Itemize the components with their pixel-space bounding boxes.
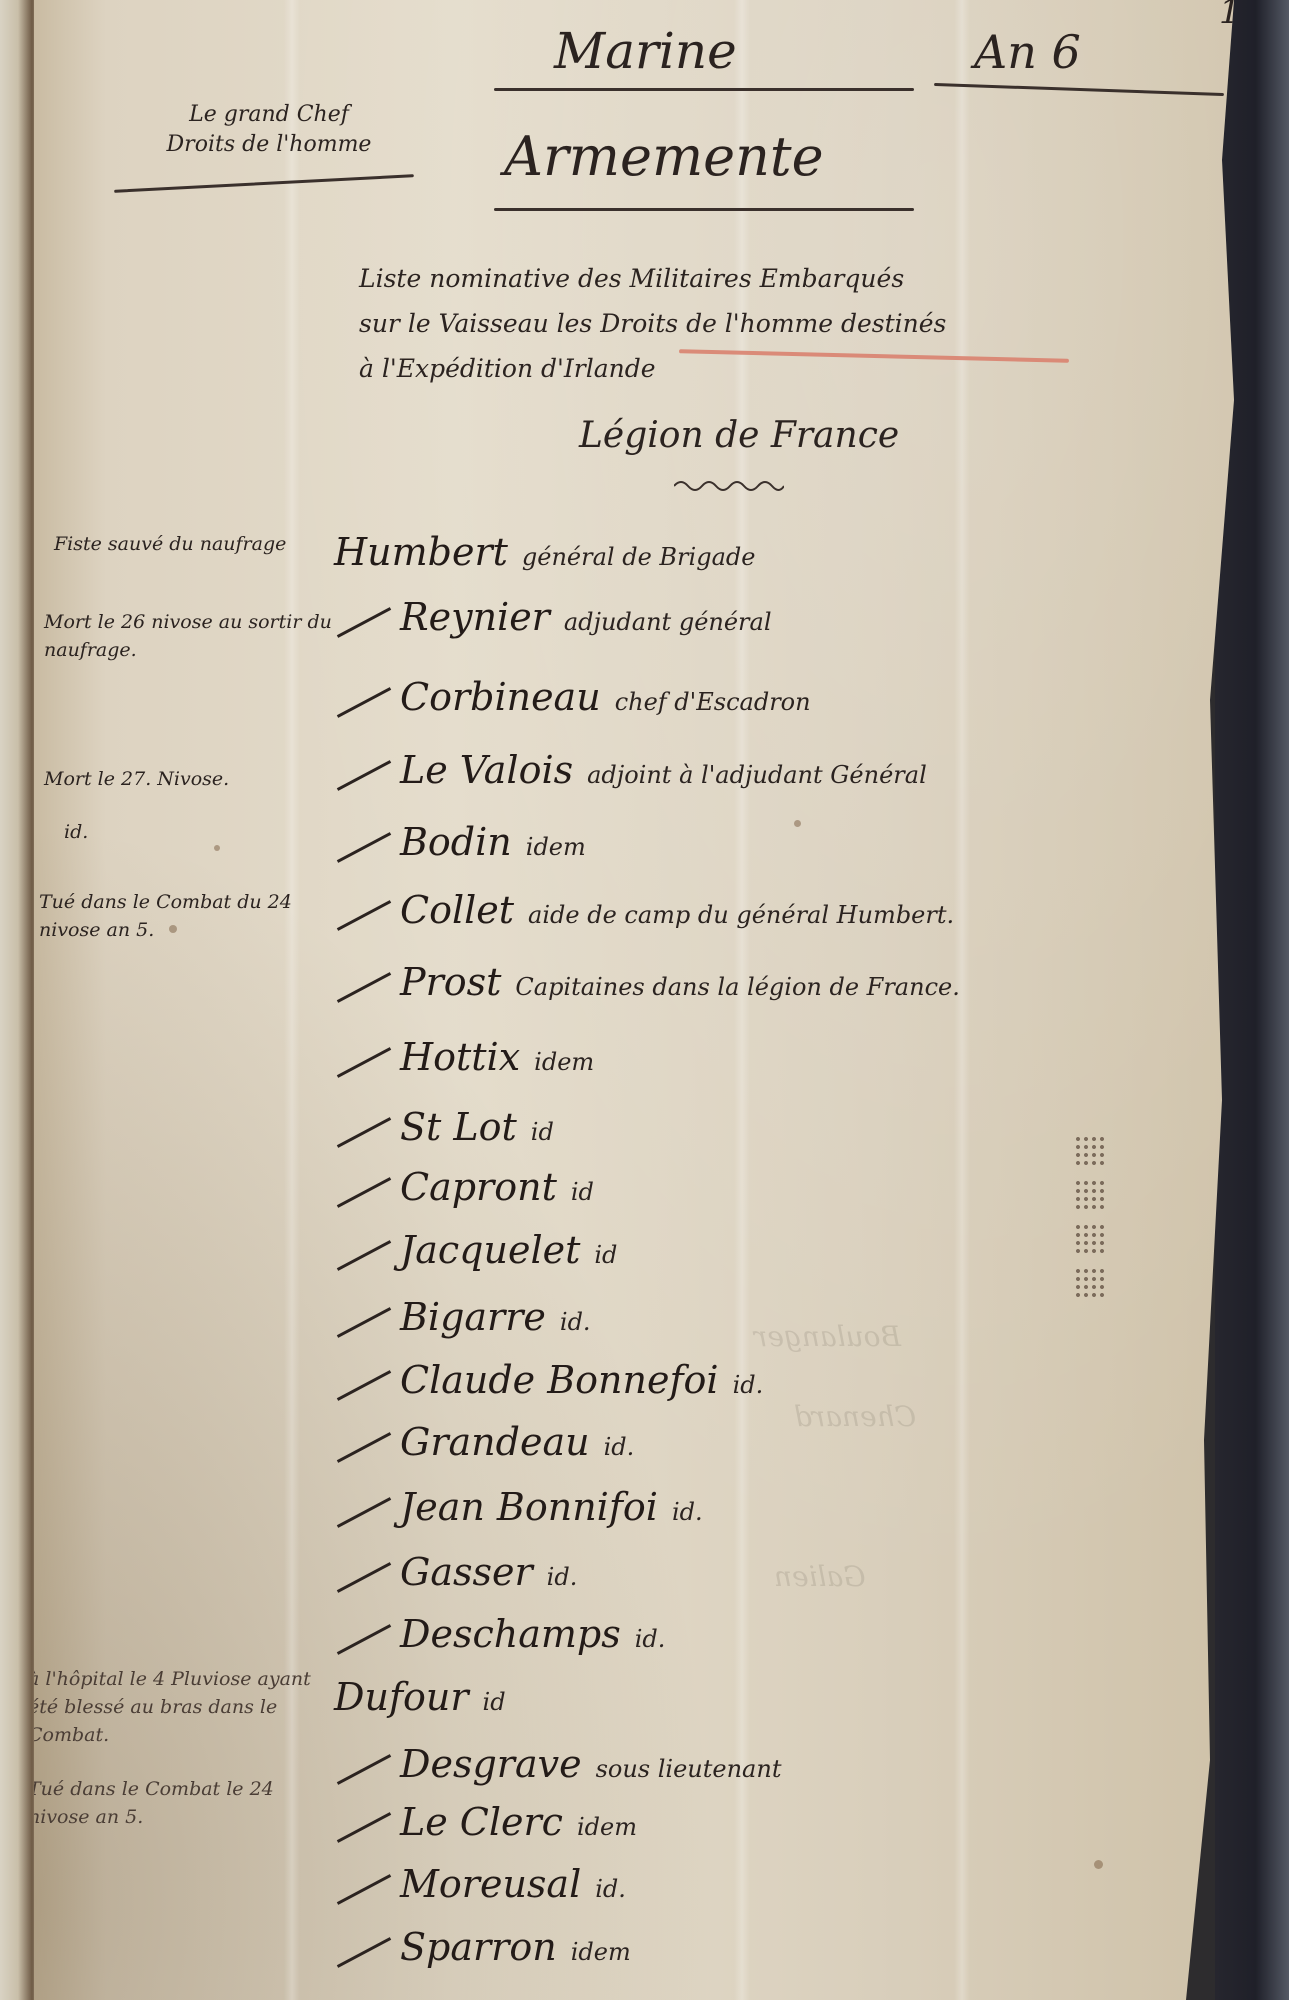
tick-mark: [337, 1497, 391, 1528]
roster-entry: Gasserid.: [334, 1550, 577, 1594]
soldier-name: Moreusal: [400, 1862, 581, 1906]
soldier-rank: id: [571, 1178, 594, 1206]
tick-mark: [337, 900, 391, 931]
soldier-name: Humbert: [334, 530, 508, 574]
soldier-name: Jacquelet: [400, 1228, 580, 1272]
document-title: Liste nominative des Militaires Embarqué…: [359, 256, 1259, 391]
margin-note: id.: [64, 818, 164, 846]
soldier-name: Bodin: [400, 820, 512, 864]
soldier-name: Grandeau: [400, 1420, 590, 1464]
tick-mark: [337, 832, 391, 863]
tick-mark: [337, 1937, 391, 1968]
ink-stain: [794, 820, 801, 827]
roster-entry: Desgravesous lieutenant: [334, 1742, 781, 1786]
soldier-name: Jean Bonnifoi: [400, 1485, 658, 1529]
margin-note: Mort le 27. Nivose.: [44, 765, 344, 793]
roster-entry: Jacqueletid: [334, 1228, 617, 1272]
underline-rule: [494, 208, 914, 211]
header-year: An 6: [974, 25, 1081, 79]
tick-mark: [337, 1370, 391, 1401]
soldier-name: Capront: [400, 1165, 557, 1209]
tick-mark: [337, 1432, 391, 1463]
ship-note-line: Droits de l'homme: [134, 130, 404, 160]
roster-entry: St Lotid: [334, 1105, 554, 1149]
title-line: Liste nominative des Militaires Embarqué…: [359, 256, 1259, 301]
bleed-through-text: Chenard: [794, 1400, 916, 1433]
margin-note: Tué dans le Combat le 24 nivose an 5.: [28, 1775, 318, 1831]
soldier-name: Le Valois: [400, 748, 573, 792]
roster-entry: Humbertgénéral de Brigade: [334, 530, 755, 574]
soldier-rank: idem: [534, 1048, 594, 1076]
perforated-digit: [1074, 1223, 1104, 1253]
soldier-rank: id: [483, 1688, 506, 1716]
soldier-name: Le Clerc: [400, 1800, 563, 1844]
soldier-rank: id: [594, 1241, 617, 1269]
perforated-digit: [1074, 1267, 1104, 1297]
ornamental-squiggle: [674, 478, 784, 492]
roster-entry: Jean Bonnifoiid.: [334, 1485, 703, 1529]
soldier-rank: id: [531, 1118, 554, 1146]
tick-mark: [337, 1562, 391, 1593]
soldier-name: Deschamps: [400, 1612, 621, 1656]
soldier-name: Dufour: [334, 1675, 469, 1719]
perforation-stamp: [1074, 1135, 1114, 1305]
tick-mark: [337, 607, 391, 638]
tick-mark: [337, 1812, 391, 1843]
soldier-rank: id.: [604, 1433, 635, 1461]
header-department: Marine: [554, 22, 737, 80]
title-line: sur le Vaisseau les Droits de l'homme de…: [359, 301, 1259, 346]
tick-mark: [337, 1240, 391, 1271]
perforated-digit: [1074, 1135, 1104, 1165]
soldier-rank: id.: [733, 1371, 764, 1399]
soldier-name: St Lot: [400, 1105, 517, 1149]
roster-entry: Grandeauid.: [334, 1420, 634, 1464]
roster-entry: Sparronidem: [334, 1925, 631, 1969]
roster-entry: Hottixidem: [334, 1035, 594, 1079]
tick-mark: [337, 687, 391, 718]
margin-note: Tué dans le Combat du 24 nivose an 5.: [39, 888, 309, 944]
ink-stain: [1094, 1860, 1103, 1869]
bleed-through-text: Galien: [774, 1560, 866, 1593]
margin-note: à l'hôpital le 4 Pluviose ayant été bles…: [28, 1665, 328, 1749]
tick-mark: [337, 1624, 391, 1655]
soldier-rank: id.: [560, 1308, 591, 1336]
soldier-name: Collet: [400, 888, 514, 932]
tick-mark: [337, 1117, 391, 1148]
soldier-name: Claude Bonnefoi: [400, 1358, 719, 1402]
margin-note: Mort le 26 nivose au sortir du naufrage.: [44, 608, 344, 664]
roster-entry: Colletaide de camp du général Humbert.: [334, 888, 954, 932]
soldier-name: Gasser: [400, 1550, 533, 1594]
soldier-rank: id.: [547, 1563, 578, 1591]
ship-note-line: Le grand Chef: [134, 100, 404, 130]
tick-mark: [337, 760, 391, 791]
tick-mark: [337, 1307, 391, 1338]
unit-title: Légion de France: [579, 415, 899, 456]
roster-entry: Bigarreid.: [334, 1295, 591, 1339]
section-heading: Armemente: [504, 125, 824, 188]
soldier-rank: général de Brigade: [522, 543, 756, 571]
roster-entry: Le Clercidem: [334, 1800, 637, 1844]
tick-mark: [337, 1177, 391, 1208]
tick-mark: [337, 1874, 391, 1905]
soldier-rank: aide de camp du général Humbert.: [528, 901, 954, 929]
tick-mark: [337, 1047, 391, 1078]
soldier-rank: id.: [672, 1498, 703, 1526]
roster-entry: Bodinidem: [334, 820, 586, 864]
roster-entry: Corbineauchef d'Escadron: [334, 675, 811, 719]
roster-entry: Le Valoisadjoint à l'adjudant Général: [334, 748, 927, 792]
soldier-rank: idem: [571, 1938, 631, 1966]
soldier-name: Sparron: [400, 1925, 557, 1969]
tick-mark: [337, 1754, 391, 1785]
soldier-rank: chef d'Escadron: [615, 688, 811, 716]
soldier-name: Hottix: [400, 1035, 520, 1079]
soldier-name: Reynier: [400, 595, 550, 639]
manuscript-page: Boulanger Chenard Galien Le grand Chef D…: [34, 0, 1234, 2000]
underline-rule: [934, 83, 1224, 96]
roster-entry: ProstCapitaines dans la légion de France…: [334, 960, 960, 1004]
soldier-rank: idem: [577, 1813, 637, 1841]
perforated-digit: [1074, 1179, 1104, 1209]
soldier-name: Corbineau: [400, 675, 601, 719]
roster-entry: Moreusalid.: [334, 1862, 626, 1906]
tick-mark: [337, 972, 391, 1003]
underline-rule: [114, 174, 414, 193]
soldier-rank: id.: [635, 1625, 666, 1653]
roster-entry: Claude Bonnefoiid.: [334, 1358, 763, 1402]
roster-entry: Caprontid: [334, 1165, 594, 1209]
soldier-rank: id.: [595, 1875, 626, 1903]
roster-entry: Reynieradjudant général: [334, 595, 772, 639]
ink-stain: [214, 845, 220, 851]
roster-entry: Dufourid: [334, 1675, 506, 1719]
soldier-rank: sous lieutenant: [596, 1755, 782, 1783]
soldier-name: Desgrave: [400, 1742, 582, 1786]
soldier-rank: adjoint à l'adjudant Général: [587, 761, 927, 789]
bleed-through-text: Boulanger: [754, 1320, 901, 1353]
ship-margin-note: Le grand Chef Droits de l'homme: [134, 100, 404, 160]
roster-entry: Deschampsid.: [334, 1612, 665, 1656]
underline-rule: [494, 88, 914, 91]
soldier-rank: Capitaines dans la légion de France.: [515, 973, 959, 1001]
soldier-name: Bigarre: [400, 1295, 546, 1339]
soldier-rank: idem: [526, 833, 586, 861]
soldier-name: Prost: [400, 960, 501, 1004]
soldier-rank: adjudant général: [564, 608, 772, 636]
